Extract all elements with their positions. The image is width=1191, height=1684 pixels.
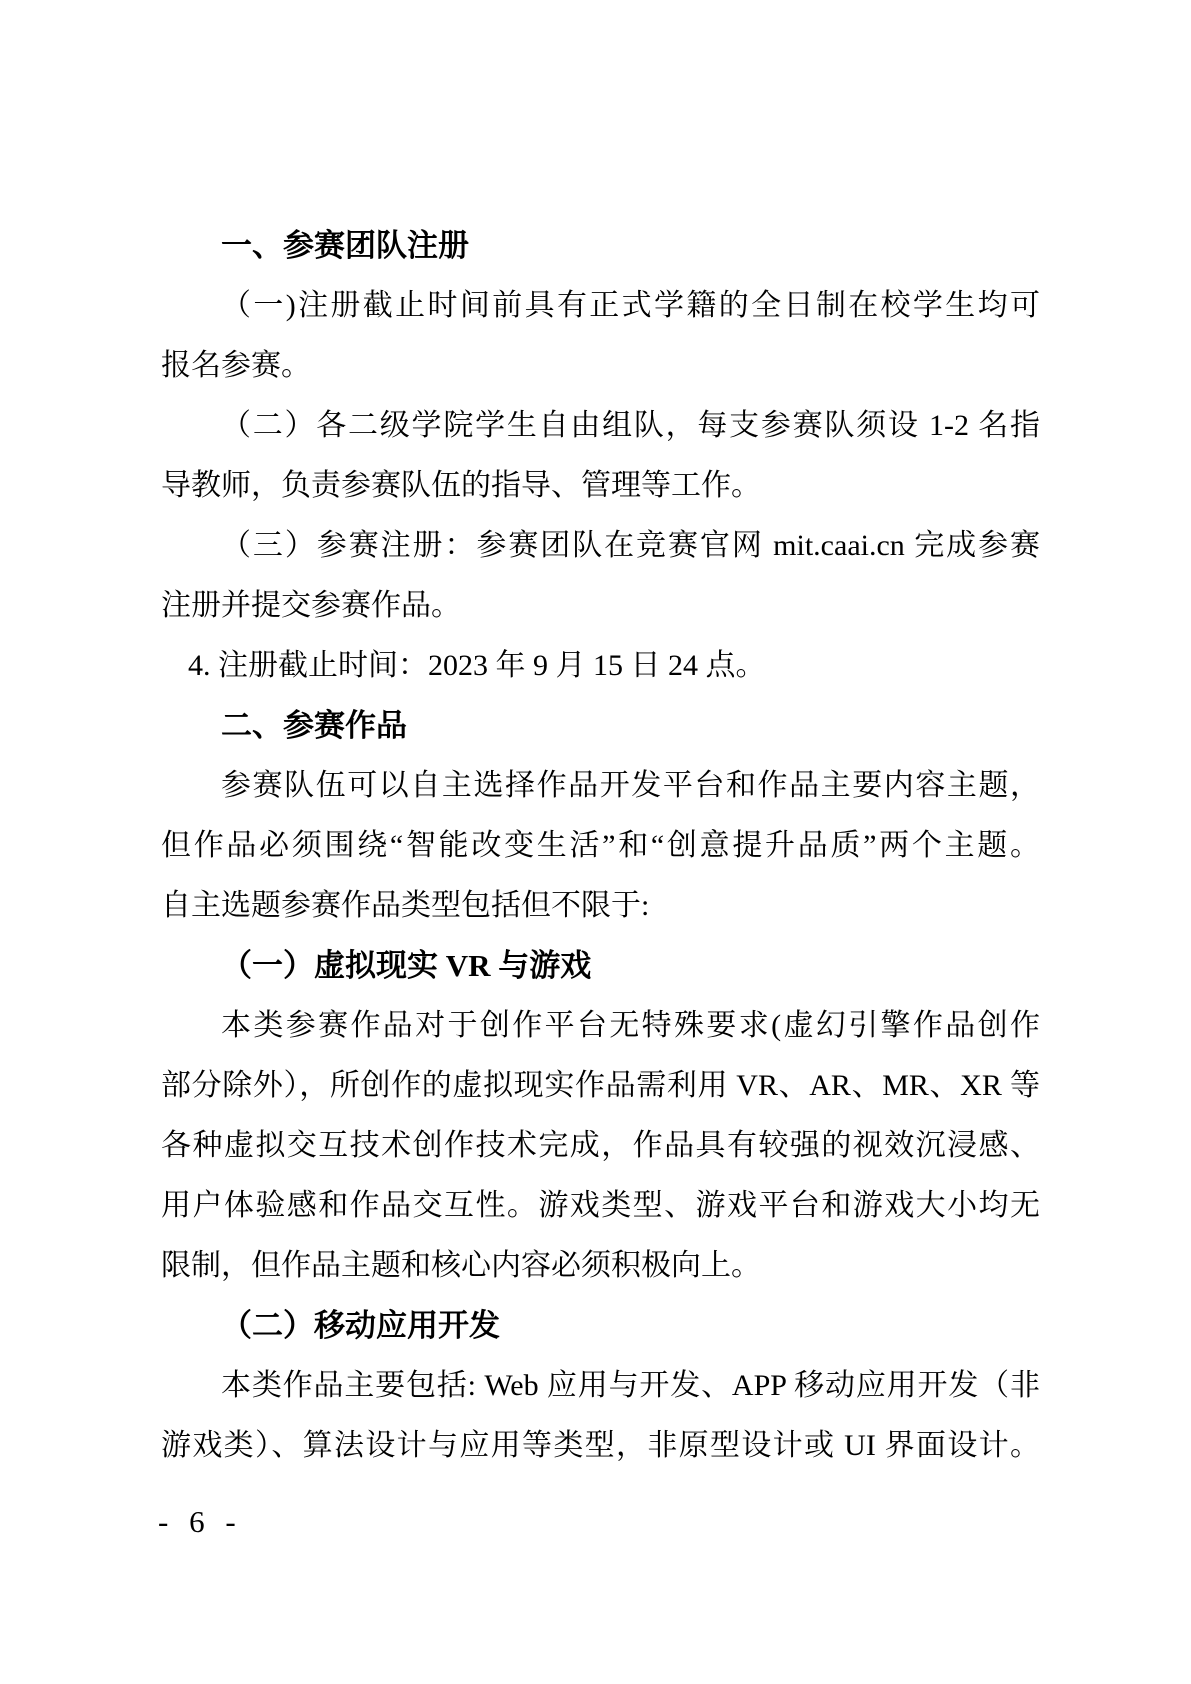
paragraph-line: 本类作品主要包括: Web 应用与开发、APP 移动应用开发（非 [161, 1356, 1040, 1416]
subsection-heading-vr-games: （一）虚拟现实 VR 与游戏 [161, 936, 1040, 996]
paragraph-line: 各种虚拟交互技术创作技术完成，作品具有较强的视效沉浸感、 [161, 1116, 1040, 1176]
document-page: 一、参赛团队注册 （一)注册截止时间前具有正式学籍的全日制在校学生均可 报名参赛… [0, 0, 1191, 1684]
paragraph-line: 自主选题参赛作品类型包括但不限于: [161, 876, 1040, 936]
paragraph-line: 导教师，负责参赛队伍的指导、管理等工作。 [161, 456, 1040, 516]
paragraph-line: 注册并提交参赛作品。 [161, 576, 1040, 636]
paragraph-line: 但作品必须围绕“智能改变生活”和“创意提升品质”两个主题。 [161, 816, 1040, 876]
paragraph-line: 报名参赛。 [161, 336, 1040, 396]
paragraph-line: 用户体验感和作品交互性。游戏类型、游戏平台和游戏大小均无 [161, 1176, 1040, 1236]
section-heading-team-registration: 一、参赛团队注册 [161, 216, 1040, 276]
page-number: - 6 - [158, 1497, 238, 1547]
subsection-heading-mobile-dev: （二）移动应用开发 [161, 1296, 1040, 1356]
paragraph-line: 游戏类）、算法设计与应用等类型，非原型设计或 UI 界面设计。 [161, 1416, 1040, 1476]
paragraph-line: （三）参赛注册：参赛团队在竞赛官网 mit.caai.cn 完成参赛 [161, 516, 1040, 576]
paragraph-line: （二）各二级学院学生自由组队，每支参赛队须设 1-2 名指 [161, 396, 1040, 456]
paragraph-line: 本类参赛作品对于创作平台无特殊要求(虚幻引擎作品创作 [161, 996, 1040, 1056]
document-body: 一、参赛团队注册 （一)注册截止时间前具有正式学籍的全日制在校学生均可 报名参赛… [161, 216, 1040, 1476]
paragraph-line: 部分除外），所创作的虚拟现实作品需利用 VR、AR、MR、XR 等 [161, 1056, 1040, 1116]
paragraph-line-deadline: 4. 注册截止时间：2023 年 9 月 15 日 24 点。 [161, 636, 1040, 696]
paragraph-line: 限制，但作品主题和核心内容必须积极向上。 [161, 1236, 1040, 1296]
section-heading-entries: 二、参赛作品 [161, 696, 1040, 756]
paragraph-line: 参赛队伍可以自主选择作品开发平台和作品主要内容主题， [161, 756, 1040, 816]
paragraph-line: （一)注册截止时间前具有正式学籍的全日制在校学生均可 [161, 276, 1040, 336]
